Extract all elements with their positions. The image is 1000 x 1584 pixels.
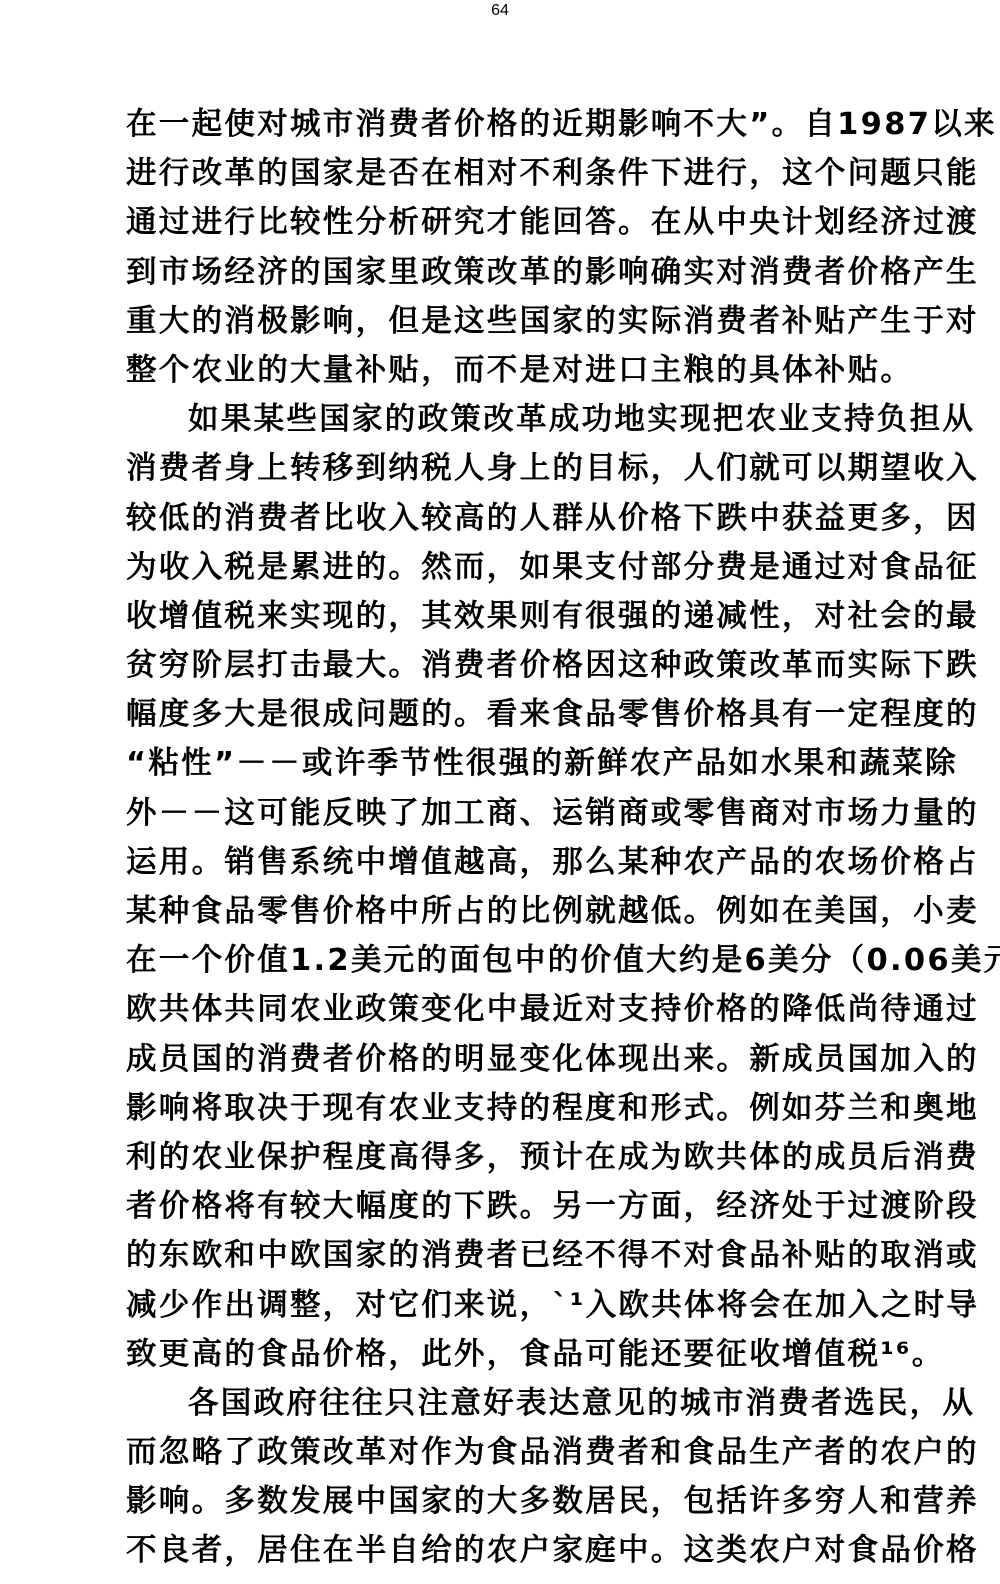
- paragraph-start-line: 如果某些国家的政策改革成功地实现把农业支持负担从: [126, 395, 926, 444]
- text-line: 外－－这可能反映了加工商、运销商或零售商对市场力量的: [126, 789, 926, 838]
- text-line: 到市场经济的国家里政策改革的影响确实对消费者价格产生: [126, 248, 926, 297]
- text-line: 的东欧和中欧国家的消费者已经不得不对食品补贴的取消或: [126, 1231, 926, 1280]
- text-line: 较低的消费者比收入较高的人群从价格下跌中获益更多，因: [126, 494, 926, 543]
- text-line: 者价格将有较大幅度的下跌。另一方面，经济处于过渡阶段: [126, 1182, 926, 1231]
- text-line: 在一个价值1.2美元的面包中的价值大约是6美分（0.06美元）: [126, 936, 926, 985]
- text-line: “粘性”－－或许季节性很强的新鲜农产品如水果和蔬菜除: [126, 739, 926, 788]
- text-line: 成员国的消费者价格的明显变化体现出来。新成员国加入的: [126, 1035, 926, 1084]
- text-line: 贫穷阶层打击最大。消费者价格因这种政策改革而实际下跌: [126, 641, 926, 690]
- text-line: 利的农业保护程度高得多，预计在成为欧共体的成员后消费: [126, 1133, 926, 1182]
- text-line: 进行改革的国家是否在相对不利条件下进行，这个问题只能: [126, 149, 926, 198]
- text-line: 为收入税是累进的。然而，如果支付部分费是通过对食品征: [126, 543, 926, 592]
- text-line: 重大的消极影响，但是这些国家的实际消费者补贴产生于对: [126, 297, 926, 346]
- text-line: 欧共体共同农业政策变化中最近对支持价格的降低尚待通过: [126, 985, 926, 1034]
- text-line: 幅度多大是很成问题的。看来食品零售价格具有一定程度的: [126, 690, 926, 739]
- text-line: 通过进行比较性分析研究才能回答。在从中央计划经济过渡: [126, 198, 926, 247]
- text-line: 不良者，居住在半自给的农户家庭中。这类农户对食品价格: [126, 1526, 926, 1575]
- text-line: 致更高的食品价格，此外，食品可能还要征收增值税¹⁶。: [126, 1330, 926, 1379]
- page-number: 64: [0, 0, 1000, 22]
- text-line: 消费者身上转移到纳税人身上的目标，人们就可以期望收入: [126, 444, 926, 493]
- text-line: 影响将取决于现有农业支持的程度和形式。例如芬兰和奥地: [126, 1084, 926, 1133]
- text-line: 某种食品零售价格中所占的比例就越低。例如在美国，小麦: [126, 887, 926, 936]
- text-line: 而忽略了政策改革对作为食品消费者和食品生产者的农户的: [126, 1428, 926, 1477]
- text-line: 影响。多数发展中国家的大多数居民，包括许多穷人和营养: [126, 1477, 926, 1526]
- paragraph-start-line: 各国政府往往只注意好表达意见的城市消费者选民，从: [126, 1379, 926, 1428]
- text-line: 整个农业的大量补贴，而不是对进口主粮的具体补贴。: [126, 346, 926, 395]
- body-text: 在一起使对城市消费者价格的近期影响不大”。自1987以来 进行改革的国家是否在相…: [126, 100, 926, 1576]
- text-line: 收增值税来实现的，其效果则有很强的递减性，对社会的最: [126, 592, 926, 641]
- text-line: 在一起使对城市消费者价格的近期影响不大”。自1987以来: [126, 100, 926, 149]
- text-line: 减少作出调整，对它们来说，`¹入欧共体将会在加入之时导: [126, 1281, 926, 1330]
- text-line: 运用。销售系统中增值越高，那么某种农产品的农场价格占: [126, 838, 926, 887]
